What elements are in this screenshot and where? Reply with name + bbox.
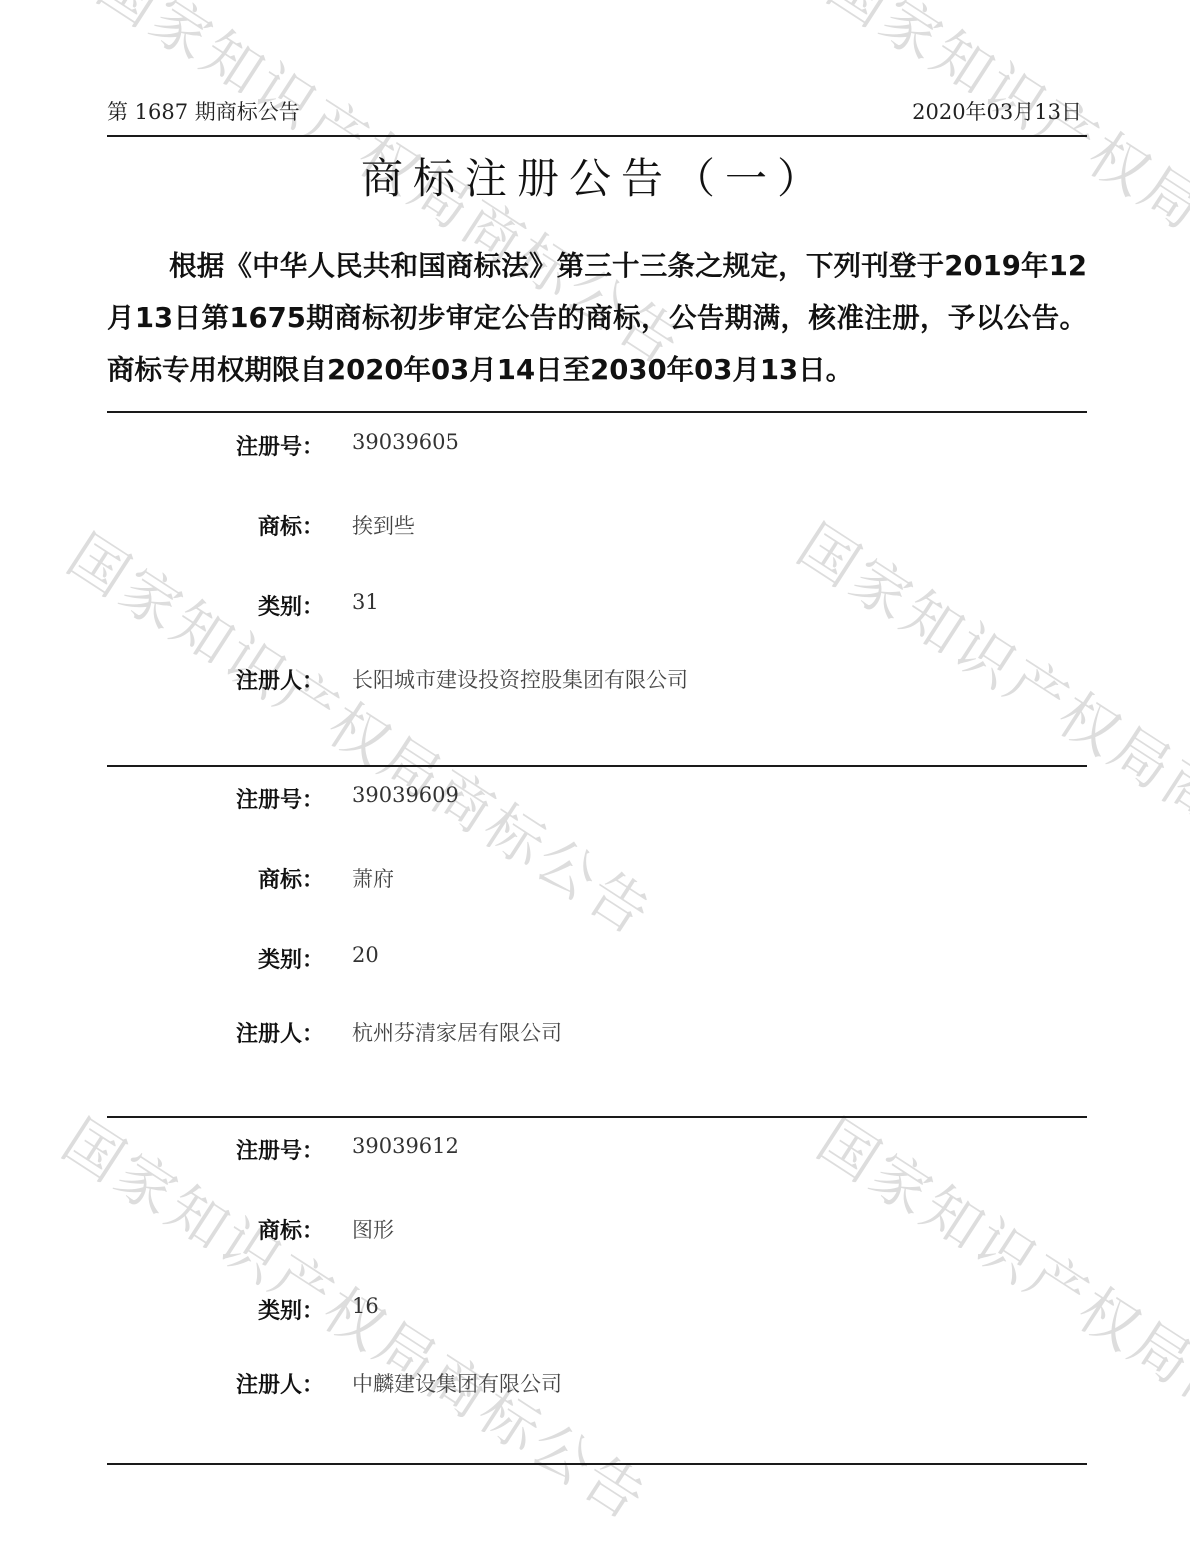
mark-row: 商标： 萧府 — [0, 863, 1190, 895]
reg-no-value: 39039605 — [352, 430, 459, 454]
reg-no-label: 注册号： — [236, 783, 324, 814]
reg-no-label: 注册号： — [236, 1134, 324, 1165]
registrant-row: 注册人： 中麟建设集团有限公司 — [0, 1368, 1190, 1400]
record-divider — [107, 765, 1087, 767]
mark-row: 商标： 图形 — [0, 1214, 1190, 1246]
mark-label: 商标： — [258, 863, 324, 894]
registrant-label: 注册人： — [236, 1368, 324, 1399]
mark-row: 商标： 挨到些 — [0, 510, 1190, 542]
class-value: 16 — [352, 1294, 379, 1318]
class-value: 20 — [352, 943, 379, 967]
bottom-divider — [107, 1463, 1087, 1465]
intro-paragraph: 根据《中华人民共和国商标法》第三十三条之规定，下列刊登于2019年12月13日第… — [107, 240, 1087, 396]
registrant-value: 中麟建设集团有限公司 — [352, 1368, 562, 1398]
record-divider — [107, 1116, 1087, 1118]
class-row: 类别： 20 — [0, 943, 1190, 975]
mark-value: 萧府 — [352, 863, 394, 893]
page-title: 商标注册公告（一） — [0, 146, 1190, 206]
registrant-label: 注册人： — [236, 1017, 324, 1048]
page-header: 第 1687 期商标公告 2020年03月13日 — [107, 96, 1087, 128]
publication-date: 2020年03月13日 — [912, 96, 1082, 126]
registrant-value: 长阳城市建设投资控股集团有限公司 — [352, 664, 688, 694]
reg-no-value: 39039609 — [352, 783, 459, 807]
mark-label: 商标： — [258, 510, 324, 541]
class-row: 类别： 16 — [0, 1294, 1190, 1326]
mark-label: 商标： — [258, 1214, 324, 1245]
registrant-label: 注册人： — [236, 664, 324, 695]
registrant-row: 注册人： 杭州芬清家居有限公司 — [0, 1017, 1190, 1049]
reg-no-value: 39039612 — [352, 1134, 459, 1158]
section-divider — [107, 411, 1087, 413]
class-row: 类别： 31 — [0, 590, 1190, 622]
header-divider — [107, 135, 1087, 137]
reg-no-row: 注册号： 39039609 — [0, 783, 1190, 815]
issue-number: 第 1687 期商标公告 — [107, 96, 300, 126]
mark-value: 挨到些 — [352, 510, 415, 540]
reg-no-row: 注册号： 39039605 — [0, 430, 1190, 462]
class-value: 31 — [352, 590, 379, 614]
mark-value: 图形 — [352, 1214, 394, 1244]
class-label: 类别： — [258, 1294, 324, 1325]
class-label: 类别： — [258, 590, 324, 621]
registrant-value: 杭州芬清家居有限公司 — [352, 1017, 562, 1047]
class-label: 类别： — [258, 943, 324, 974]
reg-no-label: 注册号： — [236, 430, 324, 461]
registrant-row: 注册人： 长阳城市建设投资控股集团有限公司 — [0, 664, 1190, 696]
reg-no-row: 注册号： 39039612 — [0, 1134, 1190, 1166]
